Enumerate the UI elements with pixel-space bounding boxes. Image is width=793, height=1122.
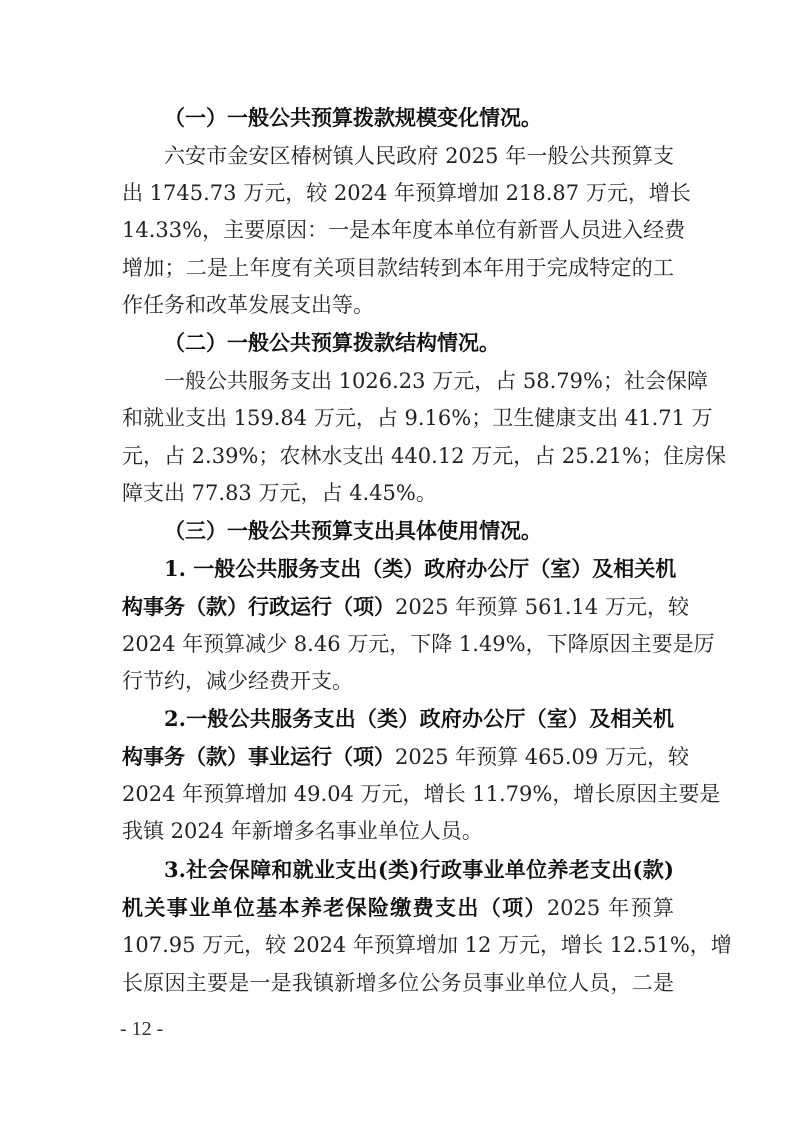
paragraph-line: 107.95 万元，较 2024 年预算增加 12 万元，增长 12.51%，增 (122, 930, 674, 960)
section-heading-3: （三）一般公共预算支出具体使用情况。 (164, 516, 674, 546)
paragraph-line: 一般公共服务支出 1026.23 万元，占 58.79%；社会保障 (164, 366, 674, 396)
item-1-line-2: 构事务（款）行政运行（项）2025 年预算 561.14 万元，较 (122, 592, 674, 622)
item-2-title-line: 2.一般公共服务支出（类）政府办公厅（室）及相关机 (164, 704, 674, 734)
item-3-title-line: 3.社会保障和就业支出(类)行政事业单位养老支出(款) (164, 855, 674, 885)
item-1-title-line: 1. 一般公共服务支出（类）政府办公厅（室）及相关机 (164, 554, 674, 584)
item-3-title-cont: 机关事业单位基本养老保险缴费支出（项） (122, 895, 547, 920)
item-2-title-cont: 构事务（款）事业运行（项） (122, 744, 395, 769)
document-page: （一）一般公共预算拨款规模变化情况。 六安市金安区椿树镇人民政府 2025 年一… (0, 0, 793, 1122)
page-number: - 12 - (120, 1015, 163, 1043)
item-1-budget-text: 2025 年预算 561.14 万元，较 (395, 595, 689, 619)
paragraph-line: 六安市金安区椿树镇人民政府 2025 年一般公共预算支 (164, 141, 674, 171)
item-2-line-2: 构事务（款）事业运行（项）2025 年预算 465.09 万元，较 (122, 742, 674, 772)
item-3-line-2: 机关事业单位基本养老保险缴费支出（项）2025 年预算 (122, 893, 674, 923)
paragraph-line: 增加；二是上年度有关项目款结转到本年用于完成特定的工 (122, 253, 674, 283)
paragraph-line: 我镇 2024 年新增多名事业单位人员。 (122, 816, 674, 846)
paragraph-line: 14.33%，主要原因：一是本年度本单位有新晋人员进入经费 (122, 215, 674, 245)
item-1-title-cont: 构事务（款）行政运行（项） (122, 594, 395, 619)
paragraph-line: 出 1745.73 万元，较 2024 年预算增加 218.87 万元，增长 (122, 178, 674, 208)
paragraph-line: 行节约，减少经费开支。 (122, 666, 674, 696)
paragraph-line: 作任务和改革发展支出等。 (122, 290, 674, 320)
item-3-budget-text: 2025 年预算 (547, 896, 674, 920)
paragraph-line: 和就业支出 159.84 万元，占 9.16%；卫生健康支出 41.71 万 (122, 403, 674, 433)
paragraph-line: 长原因主要是一是我镇新增多位公务员事业单位人员，二是 (122, 968, 674, 998)
paragraph-line: 障支出 77.83 万元，占 4.45%。 (122, 478, 674, 508)
section-heading-1: （一）一般公共预算拨款规模变化情况。 (164, 103, 674, 133)
item-2-budget-text: 2025 年预算 465.09 万元，较 (395, 745, 689, 769)
paragraph-line: 元，占 2.39%；农林水支出 440.12 万元，占 25.21%；住房保 (122, 441, 674, 471)
section-heading-2: （二）一般公共预算拨款结构情况。 (164, 328, 674, 358)
paragraph-line: 2024 年预算减少 8.46 万元，下降 1.49%，下降原因主要是厉 (122, 629, 674, 659)
paragraph-line: 2024 年预算增加 49.04 万元，增长 11.79%，增长原因主要是 (122, 779, 674, 809)
